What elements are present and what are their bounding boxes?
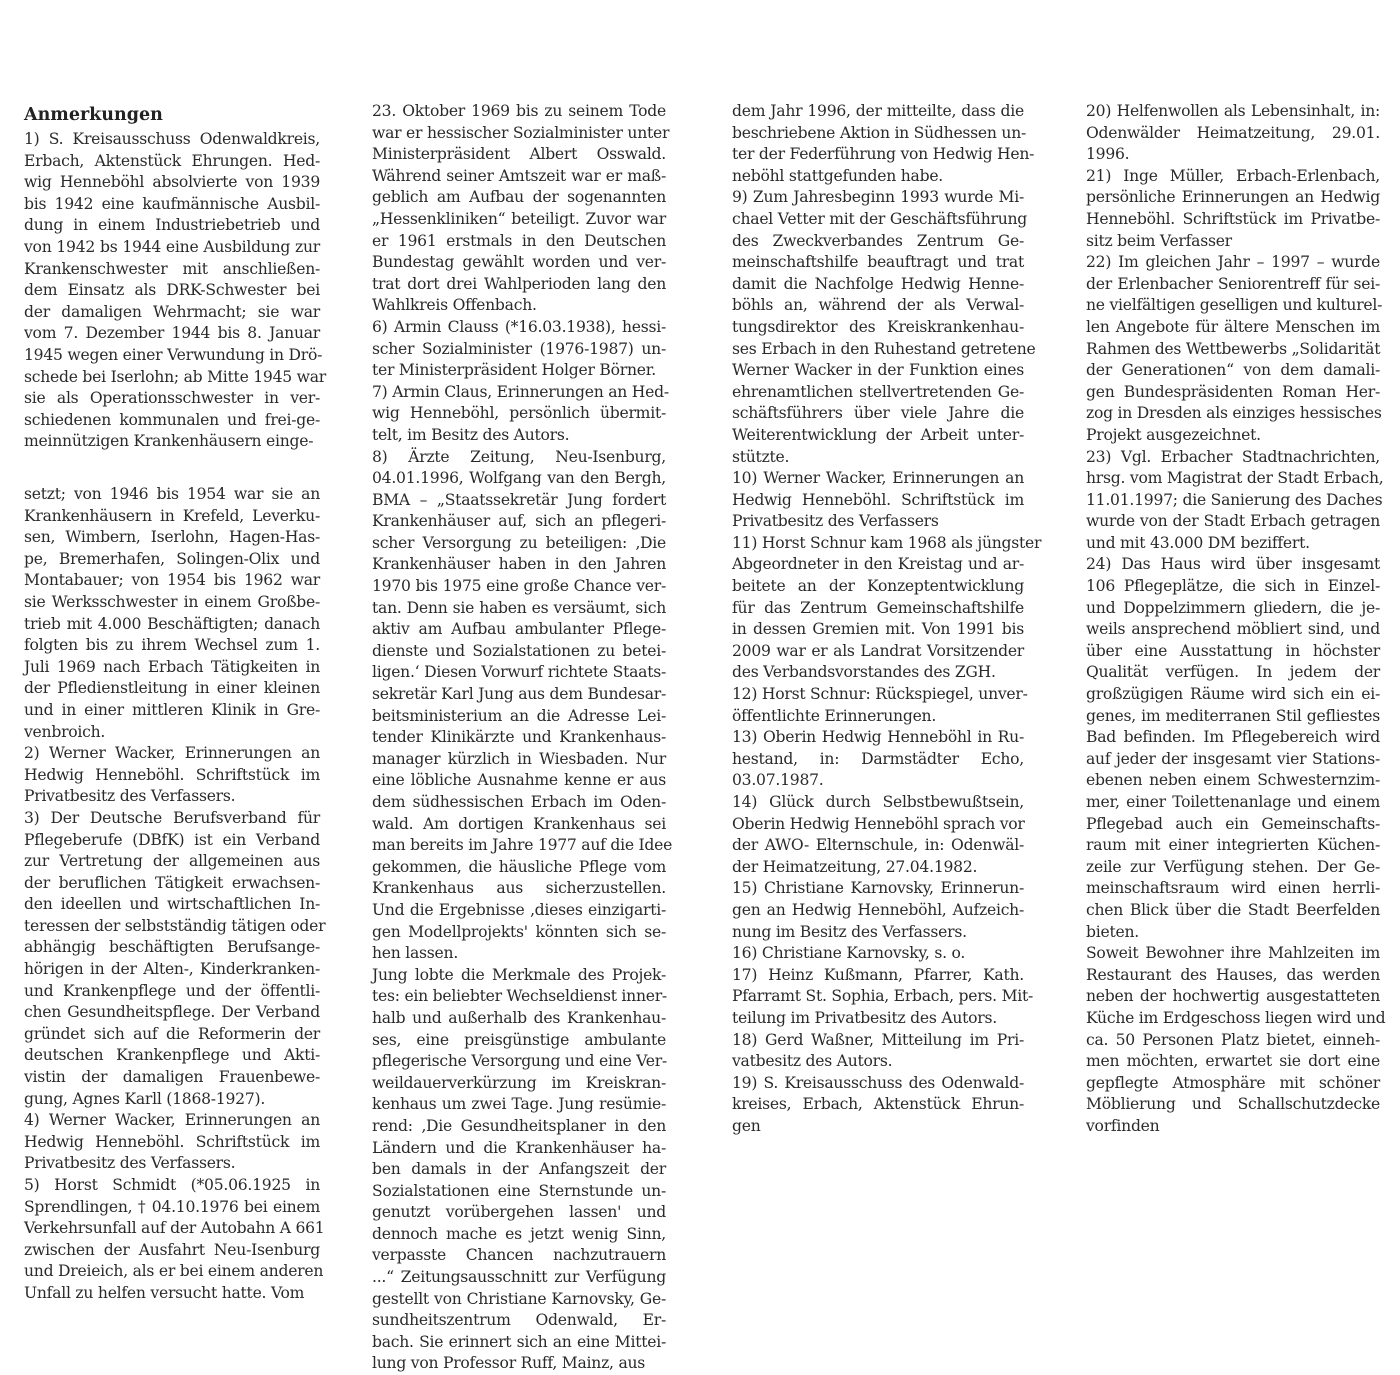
text-line: böhls an, während der als Verwal- [732, 295, 1024, 317]
text-line: gekommen, die häusliche Pflege vom [372, 857, 666, 879]
text-line: und Dreieich, als er bei einem anderen [24, 1261, 320, 1283]
text-line: ben damals in der Anfangszeit der [372, 1159, 666, 1181]
text-line: vorfinden [1086, 1116, 1380, 1138]
text-line: Sprendlingen, † 04.10.1976 bei einem [24, 1197, 320, 1219]
text-line: sitz beim Verfasser [1086, 231, 1380, 253]
text-line: zur Vertretung der allgemeinen aus [24, 851, 320, 873]
text-line: Bad befinden. Im Pflegebereich wird [1086, 727, 1380, 749]
text-line: Krankenschwester mit anschließen- [24, 259, 320, 281]
footnote-lines: 1) S. Kreisausschuss Odenwaldkreis,Erbac… [24, 129, 320, 453]
text-line: ...“ Zeitungsausschnitt zur Verfügung [372, 1267, 666, 1289]
text-line: ses, eine preisgünstige ambulante [372, 1030, 666, 1052]
text-line: 10) Werner Wacker, Erinnerungen an [732, 468, 1024, 490]
text-line: venbroich. [24, 722, 320, 744]
text-line: hen lassen. [372, 943, 666, 965]
text-line: BMA – „Staatssekretär Jung fordert [372, 490, 666, 512]
text-line: ehrenamtlichen stellvertretenden Ge- [732, 382, 1024, 404]
text-line: genes, im mediterranen Stil gefliestes [1086, 706, 1380, 728]
text-line: 9) Zum Jahresbeginn 1993 wurde Mi- [732, 187, 1024, 209]
text-line: chen Gesundheitspflege. Der Verband [24, 1002, 320, 1024]
text-line: men möchten, erwartet sie dort eine [1086, 1051, 1380, 1073]
text-line: Pfarramt St. Sophia, Erbach, pers. Mit- [732, 986, 1024, 1008]
text-line: ter der Federführung von Hedwig Hen- [732, 144, 1024, 166]
text-line: 17) Heinz Kußmann, Pfarrer, Kath. [732, 965, 1024, 987]
text-line: 6) Armin Clauss (*16.03.1938), hessi- [372, 317, 666, 339]
text-line: vistin der damaligen Frauenbewe- [24, 1067, 320, 1089]
text-line: 12) Horst Schnur: Rückspiegel, unver- [732, 684, 1024, 706]
text-line: mer, einer Toilettenanlage und einem [1086, 792, 1380, 814]
text-line: bis 1942 eine kaufmännische Ausbil- [24, 194, 320, 216]
text-line: meinschaftshilfe beauftragt und trat [732, 252, 1024, 274]
text-line: den ideellen und wirtschaftlichen In- [24, 894, 320, 916]
text-line: und in einer mittleren Klinik in Gre- [24, 700, 320, 722]
text-line: 24) Das Haus wird über insgesamt [1086, 554, 1380, 576]
text-line: dem Einsatz als DRK-Schwester bei [24, 280, 320, 302]
column-1-top: Anmerkungen 1) S. Kreisausschuss Odenwal… [24, 103, 320, 453]
text-line: der Heimatzeitung, 27.04.1982. [732, 857, 1024, 879]
text-line: der Erlenbacher Seniorentreff für sei- [1086, 274, 1380, 296]
text-line: Oberin Hedwig Henneböhl sprach vor [732, 814, 1024, 836]
text-line: gen Modellprojekts' könnten sich se- [372, 922, 666, 944]
text-line: ses Erbach in den Ruhestand getretene [732, 339, 1024, 361]
footnote-lines: dem Jahr 1996, der mitteilte, dass diebe… [732, 101, 1024, 1138]
text-line: halb und außerhalb des Krankenhau- [372, 1008, 666, 1030]
text-line: eine löbliche Ausnahme kenne er aus [372, 770, 666, 792]
text-line: tan. Denn sie haben es versäumt, sich [372, 598, 666, 620]
text-line: sen, Wimbern, Iserlohn, Hagen-Has- [24, 527, 320, 549]
text-line: Hedwig Henneböhl. Schriftstück im [24, 765, 320, 787]
text-line: gestellt von Christiane Karnovsky, Ge- [372, 1289, 666, 1311]
text-line: chen Blick über die Stadt Beerfelden [1086, 900, 1380, 922]
footnote-lines: setzt; von 1946 bis 1954 war sie anKrank… [24, 484, 320, 1305]
text-line: 4) Werner Wacker, Erinnerungen an [24, 1110, 320, 1132]
text-line: hestand, in: Darmstädter Echo, [732, 749, 1024, 771]
text-line: Hedwig Henneböhl. Schriftstück im [24, 1132, 320, 1154]
text-line: kreises, Erbach, Aktenstück Ehrun- [732, 1094, 1024, 1116]
text-line: ebenen neben einem Schwesternzim- [1086, 770, 1380, 792]
text-line: stützte. [732, 447, 1024, 469]
text-line: 13) Oberin Hedwig Henneböhl in Ru- [732, 727, 1024, 749]
text-line: Erbach, Aktenstück Ehrungen. Hed- [24, 151, 320, 173]
text-line: Krankenhäuser auf, sich an pflegeri- [372, 511, 666, 533]
text-line: schiedenen kommunalen und frei-ge- [24, 410, 320, 432]
text-line: rend: ‚Die Gesundheitsplaner in den [372, 1116, 666, 1138]
text-line: Restaurant des Hauses, das werden [1086, 965, 1380, 987]
text-line: und mit 43.000 DM beziffert. [1086, 533, 1380, 555]
text-line: 106 Pflegeplätze, die sich in Einzel- [1086, 576, 1380, 598]
text-line: des Verbandsvorstandes des ZGH. [732, 662, 1024, 684]
text-line: dem Jahr 1996, der mitteilte, dass die [732, 101, 1024, 123]
text-line: 22) Im gleichen Jahr – 1997 – wurde [1086, 252, 1380, 274]
text-line: Sozialstationen eine Sternstunde un- [372, 1181, 666, 1203]
footnote-lines: 23. Oktober 1969 bis zu seinem Todewar e… [372, 101, 666, 1375]
text-line: meinnützigen Krankenhäusern einge- [24, 431, 320, 453]
text-line: vom 7. Dezember 1944 bis 8. Januar [24, 323, 320, 345]
text-line: man bereits im Jahre 1977 auf die Idee [372, 835, 666, 857]
text-line: 1970 bis 1975 eine große Chance ver- [372, 576, 666, 598]
text-line: scher Versorgung zu beteiligen: ‚Die [372, 533, 666, 555]
text-line: dienste und Sozialstationen zu betei- [372, 641, 666, 663]
text-line: schäftsführers über viele Jahre die [732, 403, 1024, 425]
text-line: Und die Ergebnisse ‚dieses einzigarti- [372, 900, 666, 922]
column-2: 23. Oktober 1969 bis zu seinem Todewar e… [372, 101, 666, 1375]
text-line: meinschaftsraum wird einen herrli- [1086, 878, 1380, 900]
text-line: der AWO- Elternschule, in: Odenwäl- [732, 835, 1024, 857]
text-line: 16) Christiane Karnovsky, s. o. [732, 943, 1024, 965]
text-line: beschriebene Aktion in Südhessen un- [732, 123, 1024, 145]
text-line: Möblierung und Schallschutzdecke [1086, 1094, 1380, 1116]
text-line: Hedwig Henneböhl. Schriftstück im [732, 490, 1024, 512]
text-line: Krankenhäuser haben in den Jahren [372, 554, 666, 576]
text-line: vatbesitz des Autors. [732, 1051, 1024, 1073]
text-line: manager kürzlich in Wiesbaden. Nur [372, 749, 666, 771]
text-line: len Angebote für ältere Menschen im [1086, 317, 1380, 339]
text-line: großzügigen Räume wird sich ein ei- [1086, 684, 1380, 706]
text-line: weils ansprechend möbliert sind, und [1086, 619, 1380, 641]
text-line: dem südhessischen Erbach im Oden- [372, 792, 666, 814]
page-heading: Anmerkungen [24, 103, 320, 127]
text-line: zeile zur Verfügung stehen. Der Ge- [1086, 857, 1380, 879]
text-line: Werner Wacker in der Funktion eines [732, 360, 1024, 382]
text-line: persönliche Erinnerungen an Hedwig [1086, 187, 1380, 209]
text-line: wig Henneböhl absolvierte von 1939 [24, 172, 320, 194]
text-line: gründet sich auf die Reformerin der [24, 1024, 320, 1046]
text-line: tungsdirektor des Kreiskrankenhau- [732, 317, 1024, 339]
text-line: trat dort drei Wahlperioden lang den [372, 274, 666, 296]
text-line: pflegerische Versorgung und eine Ver- [372, 1051, 666, 1073]
text-line: war er hessischer Sozialminister unter [372, 123, 666, 145]
text-line: Projekt ausgezeichnet. [1086, 425, 1380, 447]
text-line: öffentlichte Erinnerungen. [732, 706, 1024, 728]
text-line: 11.01.1997; die Sanierung des Daches [1086, 490, 1380, 512]
text-line: hrsg. vom Magistrat der Stadt Erbach, [1086, 468, 1380, 490]
text-line: gung, Agnes Karll (1868-1927). [24, 1089, 320, 1111]
text-line: Küche im Erdgeschoss liegen wird und [1086, 1008, 1380, 1030]
text-line: sie Werksschwester in einem Großbe- [24, 592, 320, 614]
text-line: Privatbesitz des Verfassers. [24, 1153, 320, 1175]
text-line: teilung im Privatbesitz des Autors. [732, 1008, 1024, 1030]
text-line: neböhl stattgefunden habe. [732, 166, 1024, 188]
text-line: der Generationen“ von dem damali- [1086, 360, 1380, 382]
column-1-bottom: setzt; von 1946 bis 1954 war sie anKrank… [24, 484, 320, 1305]
text-line: bieten. [1086, 922, 1380, 944]
text-line: schede bei Iserlohn; ab Mitte 1945 war [24, 367, 320, 389]
text-line: dennoch mache es jetzt wenig Sinn, [372, 1224, 666, 1246]
text-line: Krankenhäusern in Krefeld, Leverku- [24, 506, 320, 528]
text-line: raum mit einer integrierten Küchen- [1086, 835, 1380, 857]
text-line: Privatbesitz des Verfassers [732, 511, 1024, 533]
text-line: folgten bis zu ihrem Wechsel zum 1. [24, 635, 320, 657]
text-line: tes: ein beliebter Wechseldienst inner- [372, 986, 666, 1008]
text-line: 7) Armin Claus, Erinnerungen an Hed- [372, 382, 666, 404]
text-line: der Pfledienstleitung in einer kleinen [24, 678, 320, 700]
text-line: und Doppelzimmern gliedern, die je- [1086, 598, 1380, 620]
text-line: zog in Dresden als einziges hessisches [1086, 403, 1380, 425]
text-line: Qualität verfügen. In jedem der [1086, 662, 1380, 684]
text-line: tender Klinikärzte und Krankenhaus- [372, 727, 666, 749]
text-line: setzt; von 1946 bis 1954 war sie an [24, 484, 320, 506]
text-line: des Zweckverbandes Zentrum Ge- [732, 231, 1024, 253]
text-line: 8) Ärzte Zeitung, Neu-Isenburg, [372, 447, 666, 469]
text-line: und Krankenpflege und der öffentli- [24, 981, 320, 1003]
text-line: 1945 wegen einer Verwundung in Drö- [24, 345, 320, 367]
text-line: 23) Vgl. Erbacher Stadtnachrichten, [1086, 447, 1380, 469]
text-line: ca. 50 Personen Platz bietet, einneh- [1086, 1030, 1380, 1052]
text-line: 03.07.1987. [732, 770, 1024, 792]
text-line: ne vielfältigen geselligen und kulturel- [1086, 295, 1380, 317]
text-line: hörigen in der Alten-, Kinderkranken- [24, 959, 320, 981]
text-line: Jung lobte die Merkmale des Projek- [372, 965, 666, 987]
text-line: Weiterentwicklung der Arbeit unter- [732, 425, 1024, 447]
text-line: Pflegebad auch ein Gemeinschafts- [1086, 814, 1380, 836]
text-line: Privatbesitz des Verfassers. [24, 786, 320, 808]
text-line: 5) Horst Schmidt (*05.06.1925 in [24, 1175, 320, 1197]
text-line: 14) Glück durch Selbstbewußtsein, [732, 792, 1024, 814]
text-line: Verkehrsunfall auf der Autobahn A 661 [24, 1218, 320, 1240]
text-line: ligen.‘ Diesen Vorwurf richtete Staats- [372, 662, 666, 684]
text-line: Während seiner Amtszeit war er maß- [372, 166, 666, 188]
text-line: Ländern und die Krankenhäuser ha- [372, 1138, 666, 1160]
text-line: in dessen Gremien mit. Von 1991 bis [732, 619, 1024, 641]
text-line: 23. Oktober 1969 bis zu seinem Tode [372, 101, 666, 123]
text-line: wurde von der Stadt Erbach getragen [1086, 511, 1380, 533]
text-line: kenhaus um zwei Tage. Jung resümie- [372, 1094, 666, 1116]
text-line: Rahmen des Wettbewerbs „Solidarität [1086, 339, 1380, 361]
text-line: nung im Besitz des Verfassers. [732, 922, 1024, 944]
text-line: „Hessenkliniken“ beteiligt. Zuvor war [372, 209, 666, 231]
text-line: 3) Der Deutsche Berufsverband für [24, 808, 320, 830]
text-line: für das Zentrum Gemeinschaftshilfe [732, 598, 1024, 620]
text-line: verpasste Chancen nachzutrauern [372, 1245, 666, 1267]
text-line: beitete an der Konzeptentwicklung [732, 576, 1024, 598]
column-3: dem Jahr 1996, der mitteilte, dass diebe… [732, 101, 1024, 1138]
text-line: ter Ministerpräsident Holger Börner. [372, 360, 666, 382]
text-line: sundheitszentrum Odenwald, Er- [372, 1310, 666, 1332]
text-line: gen [732, 1116, 1024, 1138]
text-line: er 1961 erstmals in den Deutschen [372, 231, 666, 253]
text-line: teressen der selbstständig tätigen oder [24, 916, 320, 938]
text-line: 21) Inge Müller, Erbach-Erlenbach, [1086, 166, 1380, 188]
text-line: scher Sozialminister (1976-1987) un- [372, 339, 666, 361]
text-line: weildauerverkürzung im Kreiskran- [372, 1073, 666, 1095]
text-line: über eine Ausstattung in höchster [1086, 641, 1380, 663]
text-line: der damaligen Wehrmacht; sie war [24, 302, 320, 324]
text-line: Juli 1969 nach Erbach Tätigkeiten in [24, 657, 320, 679]
text-line: bach. Sie erinnert sich an eine Mittei- [372, 1332, 666, 1354]
text-line: neben der hochwertig ausgestatteten [1086, 986, 1380, 1008]
text-line: lung von Professor Ruff, Mainz, aus [372, 1353, 666, 1375]
footnote-lines: 20) Helfenwollen als Lebensinhalt, in:Od… [1086, 101, 1380, 1138]
text-line: Odenwälder Heimatzeitung, 29.01. [1086, 123, 1380, 145]
text-line: auf jeder der insgesamt vier Stations- [1086, 749, 1380, 771]
text-line: 1996. [1086, 144, 1380, 166]
text-line: Soweit Bewohner ihre Mahlzeiten im [1086, 943, 1380, 965]
text-line: zwischen der Ausfahrt Neu-Isenburg [24, 1240, 320, 1262]
text-line: chael Vetter mit der Geschäftsführung [732, 209, 1024, 231]
text-line: wig Henneböhl, persönlich übermit- [372, 403, 666, 425]
text-line: 20) Helfenwollen als Lebensinhalt, in: [1086, 101, 1380, 123]
text-line: Abgeordneter in den Kreistag und ar- [732, 554, 1024, 576]
text-line: 2009 war er als Landrat Vorsitzender [732, 641, 1024, 663]
text-line: dung in einem Industriebetrieb und [24, 215, 320, 237]
text-line: gen an Hedwig Henneböhl, Aufzeich- [732, 900, 1024, 922]
text-line: abhängig beschäftigten Berufsange- [24, 937, 320, 959]
text-line: sie als Operationsschwester in ver- [24, 388, 320, 410]
text-line: telt, im Besitz des Autors. [372, 425, 666, 447]
text-line: 19) S. Kreisausschuss des Odenwald- [732, 1073, 1024, 1095]
text-line: beitsministerium an die Adresse Lei- [372, 706, 666, 728]
text-line: 04.01.1996, Wolfgang van den Bergh, [372, 468, 666, 490]
text-line: der beruflichen Tätigkeit erwachsen- [24, 873, 320, 895]
text-line: Krankenhaus aus sicherzustellen. [372, 878, 666, 900]
text-line: pe, Bremerhafen, Solingen-Olix und [24, 549, 320, 571]
text-line: aktiv am Aufbau ambulanter Pflege- [372, 619, 666, 641]
text-line: Pflegeberufe (DBfK) ist ein Verband [24, 830, 320, 852]
text-line: genutzt vorübergehen lassen' und [372, 1202, 666, 1224]
column-4: 20) Helfenwollen als Lebensinhalt, in:Od… [1086, 101, 1380, 1138]
text-line: gen Bundespräsidenten Roman Her- [1086, 382, 1380, 404]
text-line: 11) Horst Schnur kam 1968 als jüngster [732, 533, 1024, 555]
text-line: Wahlkreis Offenbach. [372, 295, 666, 317]
text-line: trieb mit 4.000 Beschäftigten; danach [24, 614, 320, 636]
text-line: Henneböhl. Schriftstück im Privatbe- [1086, 209, 1380, 231]
text-line: sekretär Karl Jung aus dem Bundesar- [372, 684, 666, 706]
text-line: 1) S. Kreisausschuss Odenwaldkreis, [24, 129, 320, 151]
text-line: 18) Gerd Waßner, Mitteilung im Pri- [732, 1030, 1024, 1052]
text-line: von 1942 bs 1944 eine Ausbildung zur [24, 237, 320, 259]
text-line: gepflegte Atmosphäre mit schöner [1086, 1073, 1380, 1095]
text-line: Ministerpräsident Albert Osswald. [372, 144, 666, 166]
text-line: damit die Nachfolge Hedwig Henne- [732, 274, 1024, 296]
text-line: 2) Werner Wacker, Erinnerungen an [24, 743, 320, 765]
text-line: 15) Christiane Karnovsky, Erinnerun- [732, 878, 1024, 900]
text-line: geblich am Aufbau der sogenannten [372, 187, 666, 209]
text-line: deutschen Krankenpflege und Akti- [24, 1045, 320, 1067]
text-line: wald. Am dortigen Krankenhaus sei [372, 814, 666, 836]
text-line: Unfall zu helfen versucht hatte. Vom [24, 1283, 320, 1305]
text-line: Bundestag gewählt worden und ver- [372, 252, 666, 274]
text-line: Montabauer; von 1954 bis 1962 war [24, 570, 320, 592]
